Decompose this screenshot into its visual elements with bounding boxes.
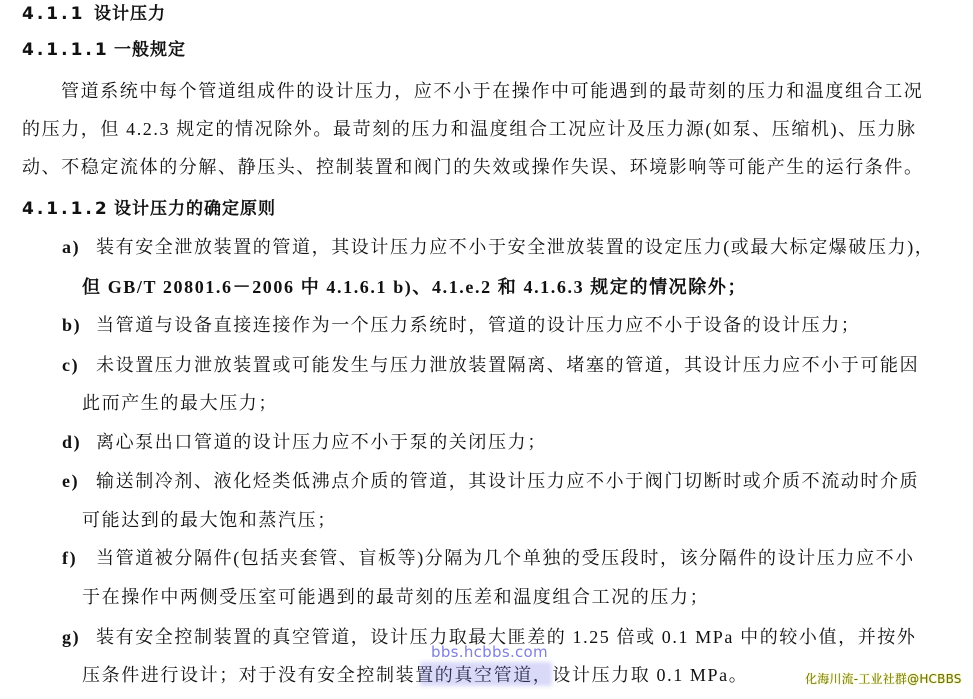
item-text: 当管道与设备直接连接作为一个压力系统时，管道的设计压力应不小于设备的设计压力；	[96, 315, 860, 335]
item-text: 当管道被分隔件(包括夹套管、盲板等)分隔为几个单独的受压段时，该分隔件的设计压力…	[96, 548, 915, 568]
list-item-e: e)输送制冷剂、液化烃类低沸点介质的管道，其设计压力应不小于阀门切断时或介质不流…	[62, 470, 919, 492]
watermark-forum: 化海川流-工业社群@HCBBS	[805, 670, 962, 687]
item-label: f)	[62, 547, 96, 569]
list-item-f-continuation: 于在操作中两侧受压室可能遇到的最苛刻的压差和温度组合工况的压力；	[82, 586, 709, 608]
item-text: 离心泵出口管道的设计压力应不小于泵的关闭压力；	[96, 432, 547, 452]
watermark-overlay	[420, 662, 552, 686]
item-label: c)	[62, 354, 96, 376]
item-label: a)	[62, 236, 96, 258]
item-text: 输送制冷剂、液化烃类低沸点介质的管道，其设计压力应不小于阀门切断时或介质不流动时…	[96, 471, 919, 491]
item-label: d)	[62, 431, 96, 453]
list-item-a-continuation: 但 GB/T 20801.6－2006 中 4.1.6.1 b)、4.1.e.2…	[82, 276, 747, 298]
watermark-url: bbs.hcbbs.com	[431, 643, 548, 661]
list-item-e-continuation: 可能达到的最大饱和蒸汽压；	[82, 509, 337, 531]
subsection-heading-general: 4.1.1.1一般规定	[22, 39, 186, 61]
list-item-c-continuation: 此而产生的最大压力；	[82, 392, 278, 414]
list-item-a: a)装有安全泄放装置的管道，其设计压力应不小于安全泄放装置的设定压力(或最大标定…	[62, 236, 934, 258]
list-item-g-continuation: 压条件进行设计；对于没有安全控制装置的真空管道，设计压力取 0.1 MPa。	[82, 664, 748, 686]
section-number: 4.1.1	[22, 3, 94, 25]
list-item-c: c)未设置压力泄放装置或可能发生与压力泄放装置隔离、堵塞的管道，其设计压力应不小…	[62, 354, 919, 376]
subsection-title: 设计压力的确定原则	[114, 199, 276, 219]
item-label: g)	[62, 626, 96, 648]
item-text: 未设置压力泄放装置或可能发生与压力泄放装置隔离、堵塞的管道，其设计压力应不小于可…	[96, 355, 919, 375]
subsection-number: 4.1.1.2	[22, 198, 114, 220]
section-heading: 4.1.1设计压力	[22, 3, 166, 25]
list-item-d: d)离心泵出口管道的设计压力应不小于泵的关闭压力；	[62, 431, 547, 453]
list-item-f: f)当管道被分隔件(包括夹套管、盲板等)分隔为几个单独的受压段时，该分隔件的设计…	[62, 547, 915, 569]
list-item-b: b)当管道与设备直接连接作为一个压力系统时，管道的设计压力应不小于设备的设计压力…	[62, 314, 860, 336]
paragraph-line: 管道系统中每个管道组成件的设计压力，应不小于在操作中可能遇到的最苛刻的压力和温度…	[61, 80, 923, 102]
paragraph-line: 动、不稳定流体的分解、静压头、控制装置和阀门的失效或操作失误、环境影响等可能产生…	[22, 156, 924, 178]
item-label: b)	[62, 314, 96, 336]
section-title: 设计压力	[94, 4, 166, 24]
subsection-number: 4.1.1.1	[22, 39, 114, 61]
item-label: e)	[62, 470, 96, 492]
item-text: 装有安全泄放装置的管道，其设计压力应不小于安全泄放装置的设定压力(或最大标定爆破…	[96, 237, 934, 257]
subsection-heading-principles: 4.1.1.2设计压力的确定原则	[22, 198, 276, 220]
paragraph-line: 的压力，但 4.2.3 规定的情况除外。最苛刻的压力和温度组合工况应计及压力源(…	[22, 118, 917, 140]
subsection-title: 一般规定	[114, 40, 186, 60]
